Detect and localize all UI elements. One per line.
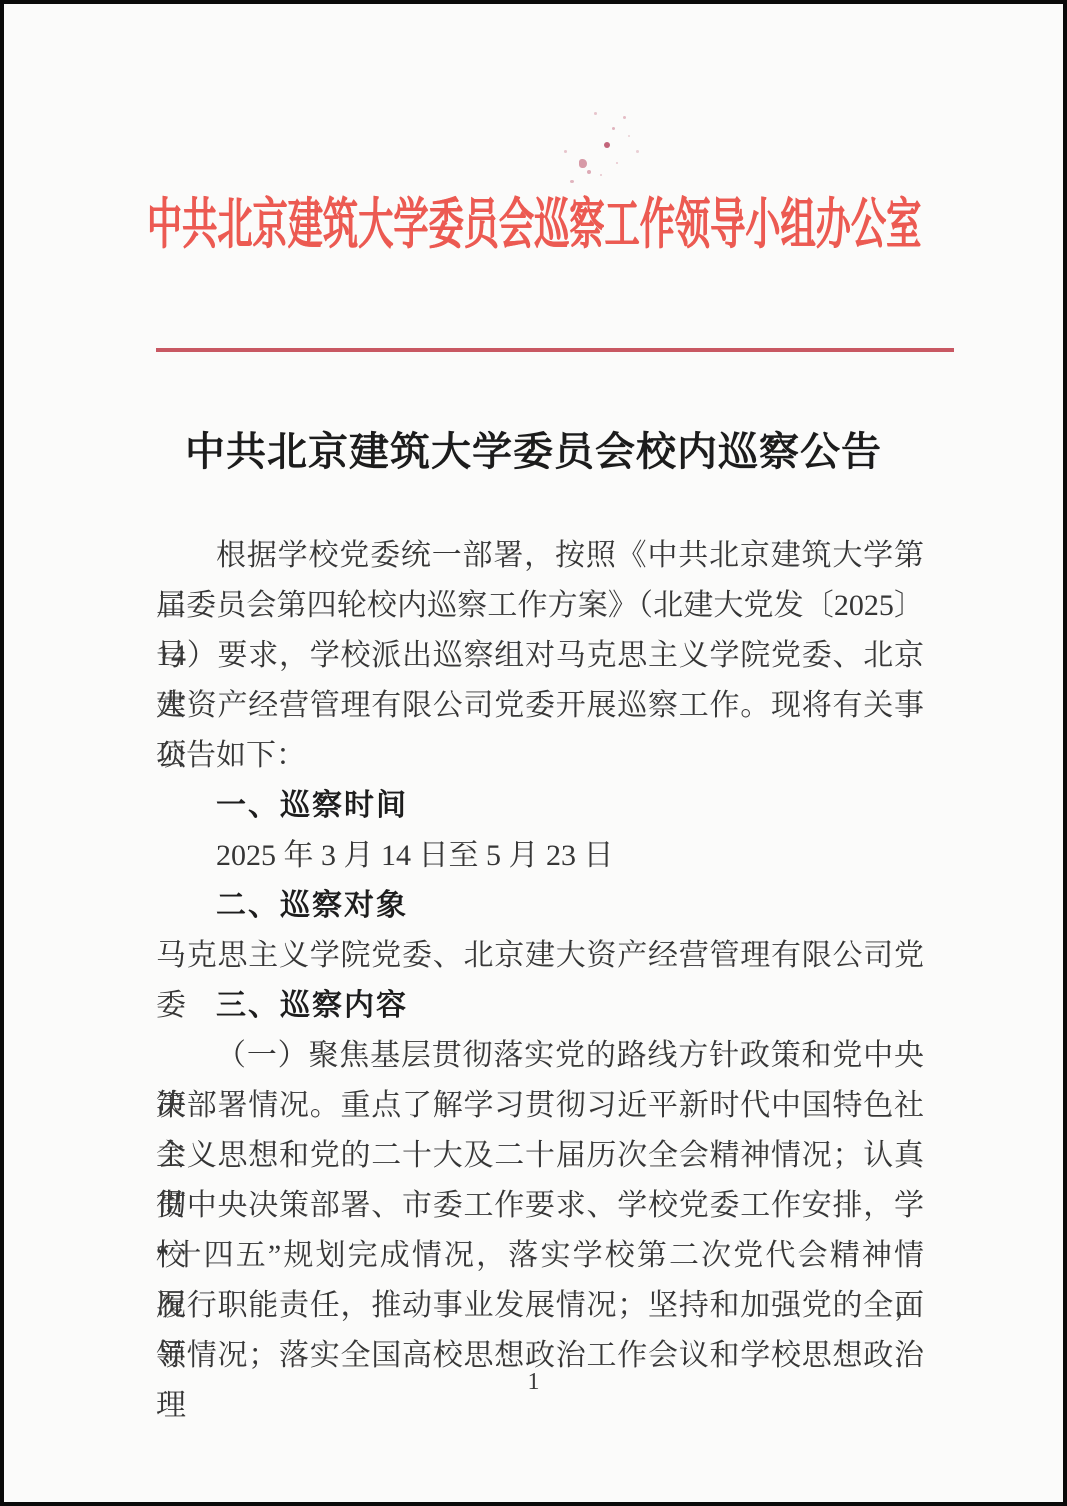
body-line-4: 大资产经营管理有限公司党委开展巡察工作。现将有关事项: [156, 681, 924, 731]
body-line-3: 号）要求，学校派出巡察组对马克思主义学院党委、北京建: [156, 631, 924, 681]
letterhead-rule-divider: [156, 348, 954, 352]
body-line-14: 彻中央决策部署、市委工作要求、学校党委工作安排，学校: [156, 1181, 924, 1231]
page-number: 1: [4, 1366, 1063, 1398]
body-line-11: （一）聚焦基层贯彻落实党的路线方针政策和党中央决: [156, 1031, 924, 1081]
letterhead-title: 中共北京建筑大学委员会巡察工作领导小组办公室: [146, 196, 920, 254]
section-heading-inspection-time: 一、巡察时间: [156, 781, 924, 831]
document-title: 中共北京建筑大学委员会校内巡察公告: [4, 428, 1063, 476]
section-heading-inspection-content: 三、巡察内容: [156, 981, 924, 1031]
body-line-12: 策部署情况。重点了解学习贯彻习近平新时代中国特色社会: [156, 1081, 924, 1131]
section-heading-inspection-targets: 二、巡察对象: [156, 881, 924, 931]
inspection-date-line: 2025 年 3 月 14 日至 5 月 23 日: [156, 831, 924, 881]
scanned-document-page: 中共北京建筑大学委员会巡察工作领导小组办公室 中共北京建筑大学委员会校内巡察公告…: [0, 0, 1067, 1506]
body-line-5: 公告如下：: [156, 731, 924, 781]
body-line-15: “十四五”规划完成情况，落实学校第二次党代会精神情况，: [156, 1231, 924, 1281]
body-line-16: 履行职能责任，推动事业发展情况；坚持和加强党的全面领: [156, 1281, 924, 1331]
body-line-13: 主义思想和党的二十大及二十届历次全会精神情况；认真贯: [156, 1131, 924, 1181]
inspection-targets-line: 马克思主义学院党委、北京建大资产经营管理有限公司党委: [156, 931, 924, 981]
body-line-1: 根据学校党委统一部署，按照《中共北京建筑大学第二: [156, 531, 924, 581]
body-line-2: 届委员会第四轮校内巡察工作方案》（北建大党发〔2025〕14: [156, 581, 924, 631]
document-body: 根据学校党委统一部署，按照《中共北京建筑大学第二 届委员会第四轮校内巡察工作方案…: [156, 531, 924, 1381]
